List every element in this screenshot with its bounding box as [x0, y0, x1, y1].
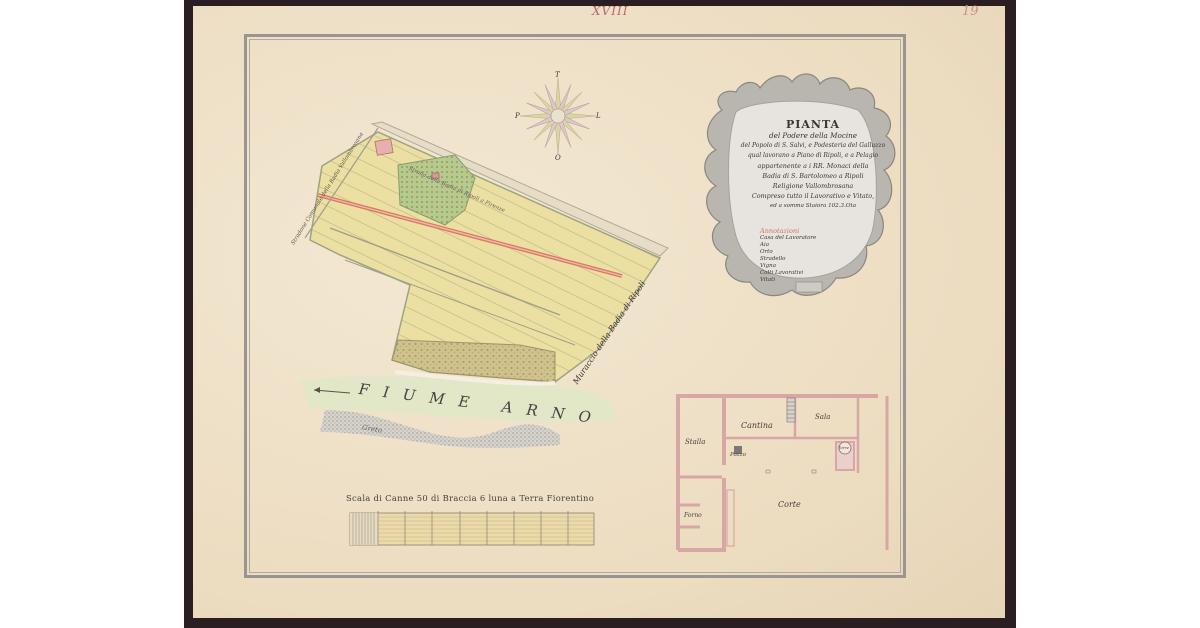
room-sala: Sala	[815, 413, 830, 421]
cartouche-line: appartenente a i RR. Monaci della	[728, 161, 898, 171]
compass-north-label: T	[555, 71, 560, 79]
cartouche-title: PIANTA	[728, 118, 898, 131]
room-forno: Forno	[684, 512, 702, 519]
legend-item: Stradello	[760, 256, 816, 263]
legend-header: Annotazioni	[760, 228, 816, 235]
room-corte: Corte	[778, 500, 801, 509]
map-drawing	[0, 0, 1200, 628]
legend-item: Orto	[760, 249, 816, 256]
scale-bar	[350, 511, 594, 545]
room-stalla: Stalla	[685, 438, 705, 446]
compass-south-label: O	[555, 154, 561, 162]
cartouche-legend: Annotazioni Casa del Lavoratore Aia Orto…	[760, 228, 816, 284]
room-pozzo: Pozzo	[730, 452, 746, 458]
compass-rose	[510, 68, 606, 164]
room-torre: Torre	[838, 445, 849, 450]
farmhouse-floor-plan	[678, 396, 887, 550]
stairs	[787, 398, 795, 422]
room-cantina: Cantina	[741, 421, 773, 430]
scale-title: Scala di Canne 50 di Braccia 6 luna a Te…	[346, 493, 594, 503]
cartouche-line: Compreso tutto il Lavorativo e Vitato,	[728, 191, 898, 201]
cartouche-line: Badia di S. Bartolomeo a Ripoli	[728, 171, 898, 181]
legend-item: Aia	[760, 242, 816, 249]
legend-item: Vitati	[760, 277, 816, 284]
legend-item: Casa del Lavoratore	[760, 235, 816, 242]
cartouche-line: qual lavorano a Piano di Ripoli, e a Pel…	[728, 151, 898, 161]
cartouche-text: PIANTA del Podere della Mocine del Popol…	[728, 118, 898, 211]
cartouche-line: ed a somma Staiora 102.3.Ota	[728, 201, 898, 211]
legend-item: Colti Lavorativi	[760, 270, 816, 277]
cartouche-line: del Popolo di S. Salvi, e Podesteria del…	[728, 141, 898, 151]
cartouche-line: del Podere della Mocine	[728, 131, 898, 141]
cartouche-line: Religione Vallombrosana	[728, 181, 898, 191]
compass-west-label: P	[515, 112, 520, 120]
compass-east-label: L	[596, 112, 601, 120]
legend-item: Vigna	[760, 263, 816, 270]
